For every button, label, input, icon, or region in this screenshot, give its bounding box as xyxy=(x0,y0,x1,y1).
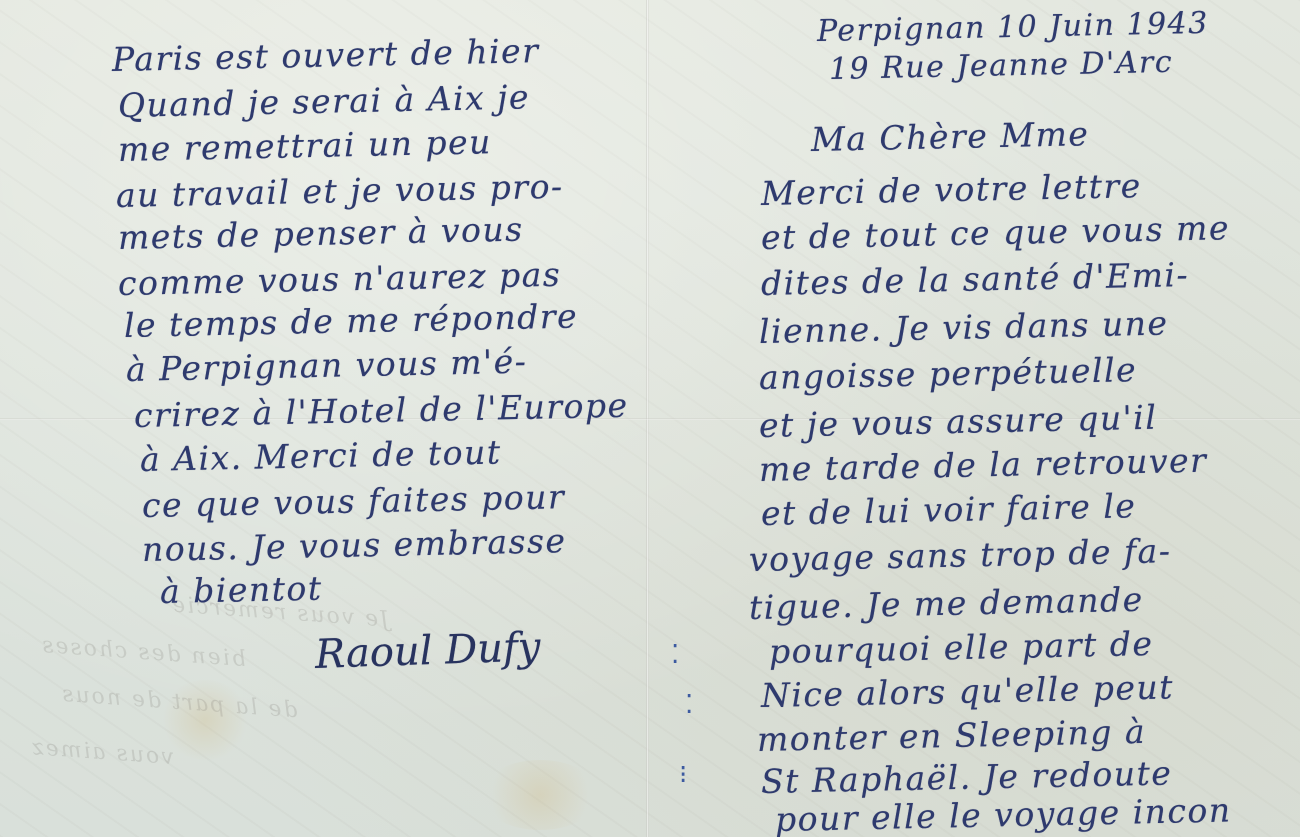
letter-line: angoisse perpétuelle xyxy=(759,350,1138,397)
letter-line: Nice alors qu'elle peut xyxy=(761,667,1175,715)
letter-line: me remettrai un peu xyxy=(118,122,493,169)
letter-line: et de lui voir faire le xyxy=(761,486,1137,533)
letter-line: comme vous n'aurez pas xyxy=(118,255,562,303)
letter-line: me tarde de la retrouver xyxy=(759,441,1208,489)
letter-line: voyage sans trop de fa- xyxy=(749,531,1172,579)
letter-line: tigue. Je me demande xyxy=(749,580,1145,627)
letter-line: nous. Je vous embrasse xyxy=(142,521,567,569)
letter-sheet: Je vous remercie bien des choses de la p… xyxy=(0,0,1300,837)
letter-line: au travail et je vous pro- xyxy=(116,167,564,215)
letter-line: à Aix. Merci de tout xyxy=(140,432,502,479)
salutation: Ma Chère Mme xyxy=(811,114,1090,159)
letter-line: dites de la santé d'Emi- xyxy=(761,255,1190,303)
letter-line: monter en Sleeping à xyxy=(757,712,1147,759)
ink-mark: ⁚ xyxy=(671,640,679,670)
letter-line: lienne. Je vis dans une xyxy=(759,303,1169,351)
ink-mark: ⁚ xyxy=(685,690,693,720)
letter-line: à Perpignan vous m'é- xyxy=(126,342,528,389)
letter-line: et je vous assure qu'il xyxy=(759,398,1158,445)
right-page: Perpignan 10 Juin 1943 19 Rue Jeanne D'A… xyxy=(649,0,1300,837)
letter-line: mets de penser à vous xyxy=(118,210,524,257)
letter-line: le temps de me répondre xyxy=(124,296,579,345)
letter-line: Merci de votre lettre xyxy=(761,166,1142,213)
address: 19 Rue Jeanne D'Arc xyxy=(829,45,1174,87)
ink-mark: ⁝ xyxy=(679,760,687,790)
letter-line: pourquoi elle part de xyxy=(769,624,1154,671)
place-date: Perpignan 10 Juin 1943 xyxy=(817,6,1210,49)
letter-line: Quand je serai à Aix je xyxy=(118,77,531,125)
letter-line: crirez à l'Hotel de l'Europe xyxy=(134,386,629,435)
signature: Raoul Dufy xyxy=(314,624,541,678)
letter-line: et de tout ce que vous me xyxy=(761,208,1231,257)
letter-line: ce que vous faites pour xyxy=(142,477,566,525)
letter-line: Paris est ouvert de hier xyxy=(112,31,540,79)
left-page: Paris est ouvert de hier Quand je serai … xyxy=(0,0,646,837)
letter-line: à bientot xyxy=(160,569,323,611)
